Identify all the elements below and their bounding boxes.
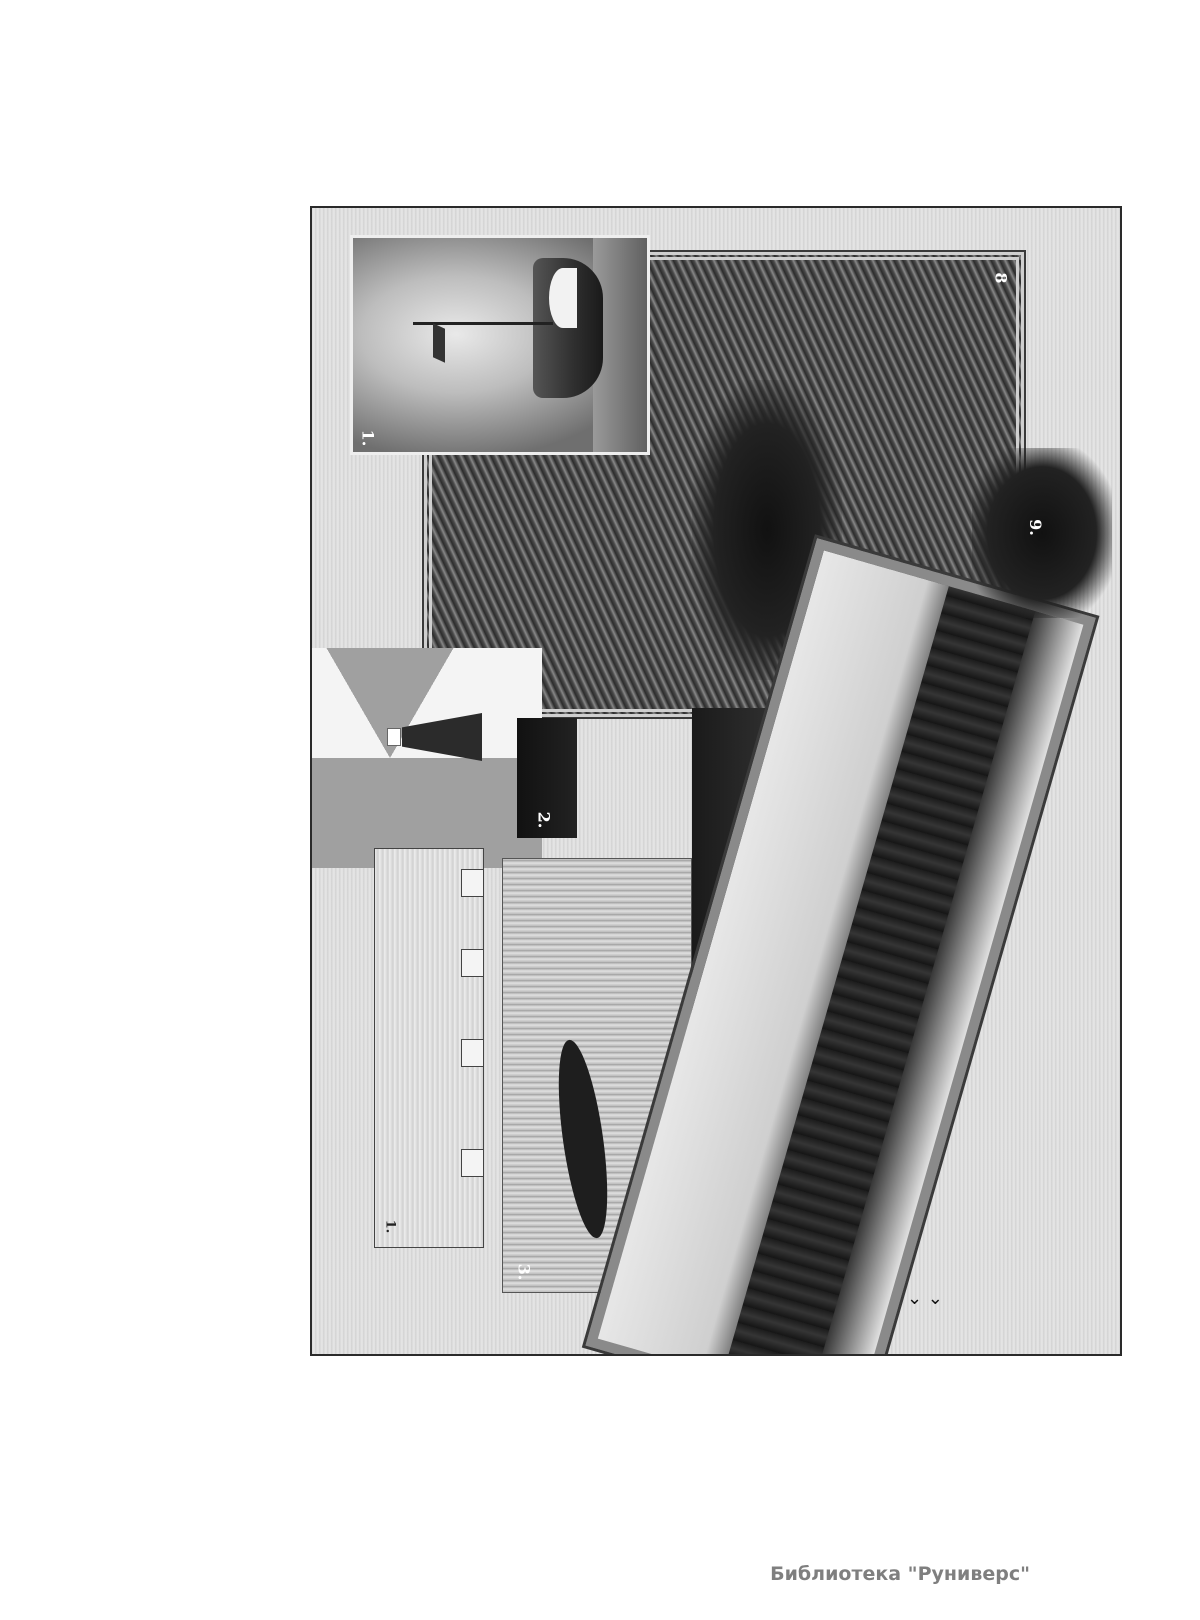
- panel-1-label: 1.: [359, 430, 375, 447]
- panel-9-label: 9.: [1026, 519, 1045, 536]
- illustration-plate: 8. 8 1. 2. 1.: [310, 206, 1122, 1356]
- book-page: 8. 8 1. 2. 1.: [0, 0, 1200, 1620]
- library-watermark: Библиотека "Руниверс": [770, 1563, 1030, 1585]
- ship-flag-icon: [433, 323, 445, 363]
- lifeboat: [549, 1037, 616, 1241]
- lighthouse-beam: [312, 648, 542, 868]
- birds-icon: ⌄ ⌄: [907, 1288, 943, 1309]
- panel-2-label: 2.: [535, 812, 551, 829]
- panel-4-label: 1.: [383, 1220, 396, 1234]
- panel-1-ship: 1.: [350, 235, 650, 455]
- panel-3-label: 3.: [515, 1264, 531, 1281]
- forest-trees: [723, 586, 1036, 1356]
- pier-block: [461, 1039, 484, 1067]
- panel-9-label-area: 9.: [972, 448, 1112, 618]
- panel-8-corner-label: 8: [992, 272, 1008, 283]
- ship-cabin: [549, 268, 577, 328]
- pier-block: [461, 869, 484, 897]
- pier-block: [461, 1149, 484, 1177]
- pier-block: [461, 949, 484, 977]
- lighthouse-lamp: [387, 728, 401, 746]
- panel-breakwater: 1.: [374, 848, 484, 1248]
- panel-2-wave: 2.: [517, 718, 577, 838]
